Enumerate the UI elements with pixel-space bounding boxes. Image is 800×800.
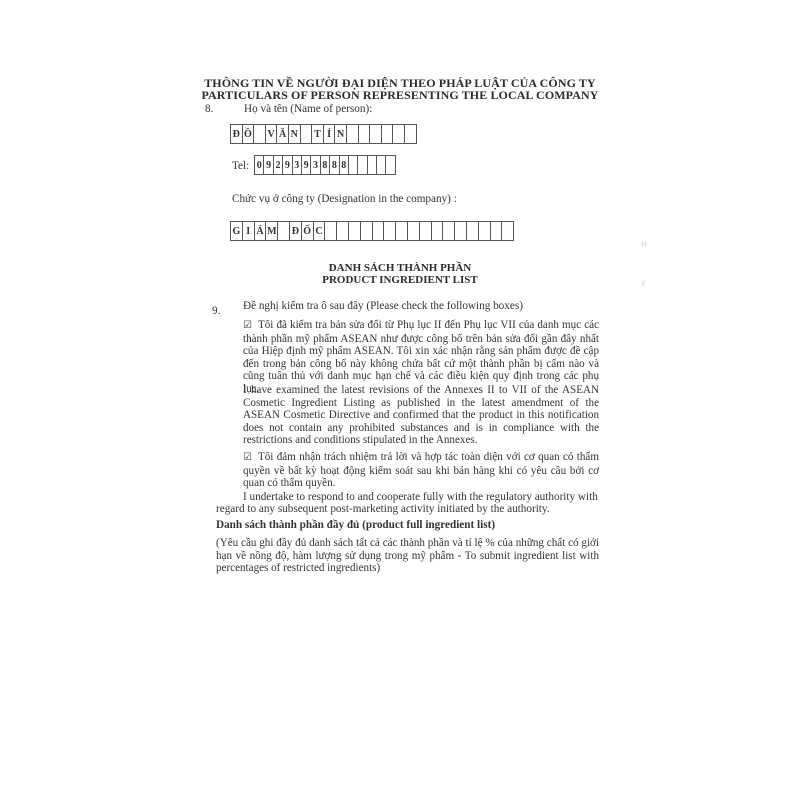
- section-9-number: 9.: [212, 305, 220, 317]
- char-cell[interactable]: Á: [255, 222, 267, 240]
- char-cell[interactable]: [377, 156, 386, 174]
- margin-mark: H: [641, 240, 647, 249]
- char-cell[interactable]: [393, 125, 405, 143]
- char-cell[interactable]: C: [314, 222, 326, 240]
- check2-vi-text: Tôi đảm nhận trách nhiệm trả lời và hợp …: [243, 451, 599, 489]
- char-cell[interactable]: 9: [302, 156, 311, 174]
- char-cell[interactable]: 2: [274, 156, 283, 174]
- char-cell[interactable]: 8: [330, 156, 339, 174]
- char-cell[interactable]: Đ: [290, 222, 302, 240]
- check2-vi-paragraph: ☑Tôi đảm nhận trách nhiệm trả lời và hợp…: [243, 451, 599, 490]
- checkbox-checked-icon[interactable]: ☑: [243, 452, 252, 463]
- char-cell[interactable]: [443, 222, 455, 240]
- char-cell[interactable]: [349, 222, 361, 240]
- designation-label: Chức vụ ở công ty (Designation in the co…: [232, 193, 457, 205]
- check1-en-paragraph: I have examined the latest revisions of …: [243, 384, 599, 447]
- char-cell[interactable]: Đ: [231, 125, 243, 143]
- char-cell[interactable]: 0: [255, 156, 264, 174]
- char-cell[interactable]: [301, 125, 313, 143]
- check2-en-line2: regard to any subsequent post-marketing …: [216, 503, 550, 515]
- tel-field[interactable]: 0929393888: [254, 155, 396, 175]
- char-cell[interactable]: 9: [283, 156, 292, 174]
- name-field[interactable]: ĐỒVĂNTÍN: [230, 124, 417, 144]
- char-cell[interactable]: 3: [293, 156, 302, 174]
- char-cell[interactable]: [325, 222, 337, 240]
- full-list-title: Danh sách thành phần đầy đủ (product ful…: [216, 519, 495, 531]
- char-cell[interactable]: N: [289, 125, 301, 143]
- char-cell[interactable]: N: [335, 125, 347, 143]
- char-cell[interactable]: [368, 156, 377, 174]
- char-cell[interactable]: [347, 125, 359, 143]
- char-cell[interactable]: 3: [311, 156, 320, 174]
- char-cell[interactable]: I: [243, 222, 255, 240]
- char-cell[interactable]: [467, 222, 479, 240]
- tel-label: Tel:: [232, 160, 249, 172]
- full-list-note: (Yêu cầu ghi đầy đủ danh sách tất cả các…: [216, 537, 599, 575]
- name-label: Họ và tên (Name of person):: [244, 103, 372, 115]
- char-cell[interactable]: [370, 125, 382, 143]
- char-cell[interactable]: [502, 222, 514, 240]
- char-cell[interactable]: Ố: [302, 222, 314, 240]
- checkbox-checked-icon[interactable]: ☑: [243, 320, 252, 331]
- ingredient-title-en: PRODUCT INGREDIENT LIST: [0, 274, 800, 286]
- header-title-en: PARTICULARS OF PERSON REPRESENTING THE L…: [0, 88, 800, 103]
- char-cell[interactable]: G: [231, 222, 243, 240]
- section-9-intro: Đề nghị kiểm tra ô sau đây (Please check…: [243, 300, 523, 312]
- char-cell[interactable]: [491, 222, 503, 240]
- char-cell[interactable]: [382, 125, 394, 143]
- char-cell[interactable]: Ồ: [243, 125, 255, 143]
- document-page: THÔNG TIN VỀ NGƯỜI ĐẠI DIỆN THEO PHÁP LU…: [0, 0, 800, 800]
- char-cell[interactable]: [432, 222, 444, 240]
- char-cell[interactable]: [278, 222, 290, 240]
- section-8-number: 8.: [205, 103, 213, 115]
- char-cell[interactable]: [455, 222, 467, 240]
- char-cell[interactable]: 8: [340, 156, 349, 174]
- char-cell[interactable]: [420, 222, 432, 240]
- char-cell[interactable]: [408, 222, 420, 240]
- char-cell[interactable]: V: [266, 125, 278, 143]
- char-cell[interactable]: [396, 222, 408, 240]
- char-cell[interactable]: [254, 125, 266, 143]
- ingredient-title-vi: DANH SÁCH THÀNH PHẦN: [0, 262, 800, 274]
- char-cell[interactable]: [384, 222, 396, 240]
- designation-field[interactable]: GIÁMĐỐC: [230, 221, 514, 241]
- char-cell[interactable]: [373, 222, 385, 240]
- char-cell[interactable]: M: [266, 222, 278, 240]
- char-cell[interactable]: [349, 156, 358, 174]
- char-cell[interactable]: [361, 222, 373, 240]
- char-cell[interactable]: T: [312, 125, 324, 143]
- check2-en-line1: I undertake to respond to and cooperate …: [243, 491, 598, 503]
- char-cell[interactable]: Ă: [277, 125, 289, 143]
- char-cell[interactable]: [405, 125, 417, 143]
- char-cell[interactable]: Í: [324, 125, 336, 143]
- char-cell[interactable]: [359, 125, 371, 143]
- margin-mark: y: [641, 278, 646, 287]
- char-cell[interactable]: 8: [321, 156, 330, 174]
- char-cell[interactable]: [386, 156, 395, 174]
- char-cell[interactable]: [337, 222, 349, 240]
- char-cell[interactable]: 9: [264, 156, 273, 174]
- char-cell[interactable]: [358, 156, 367, 174]
- char-cell[interactable]: [479, 222, 491, 240]
